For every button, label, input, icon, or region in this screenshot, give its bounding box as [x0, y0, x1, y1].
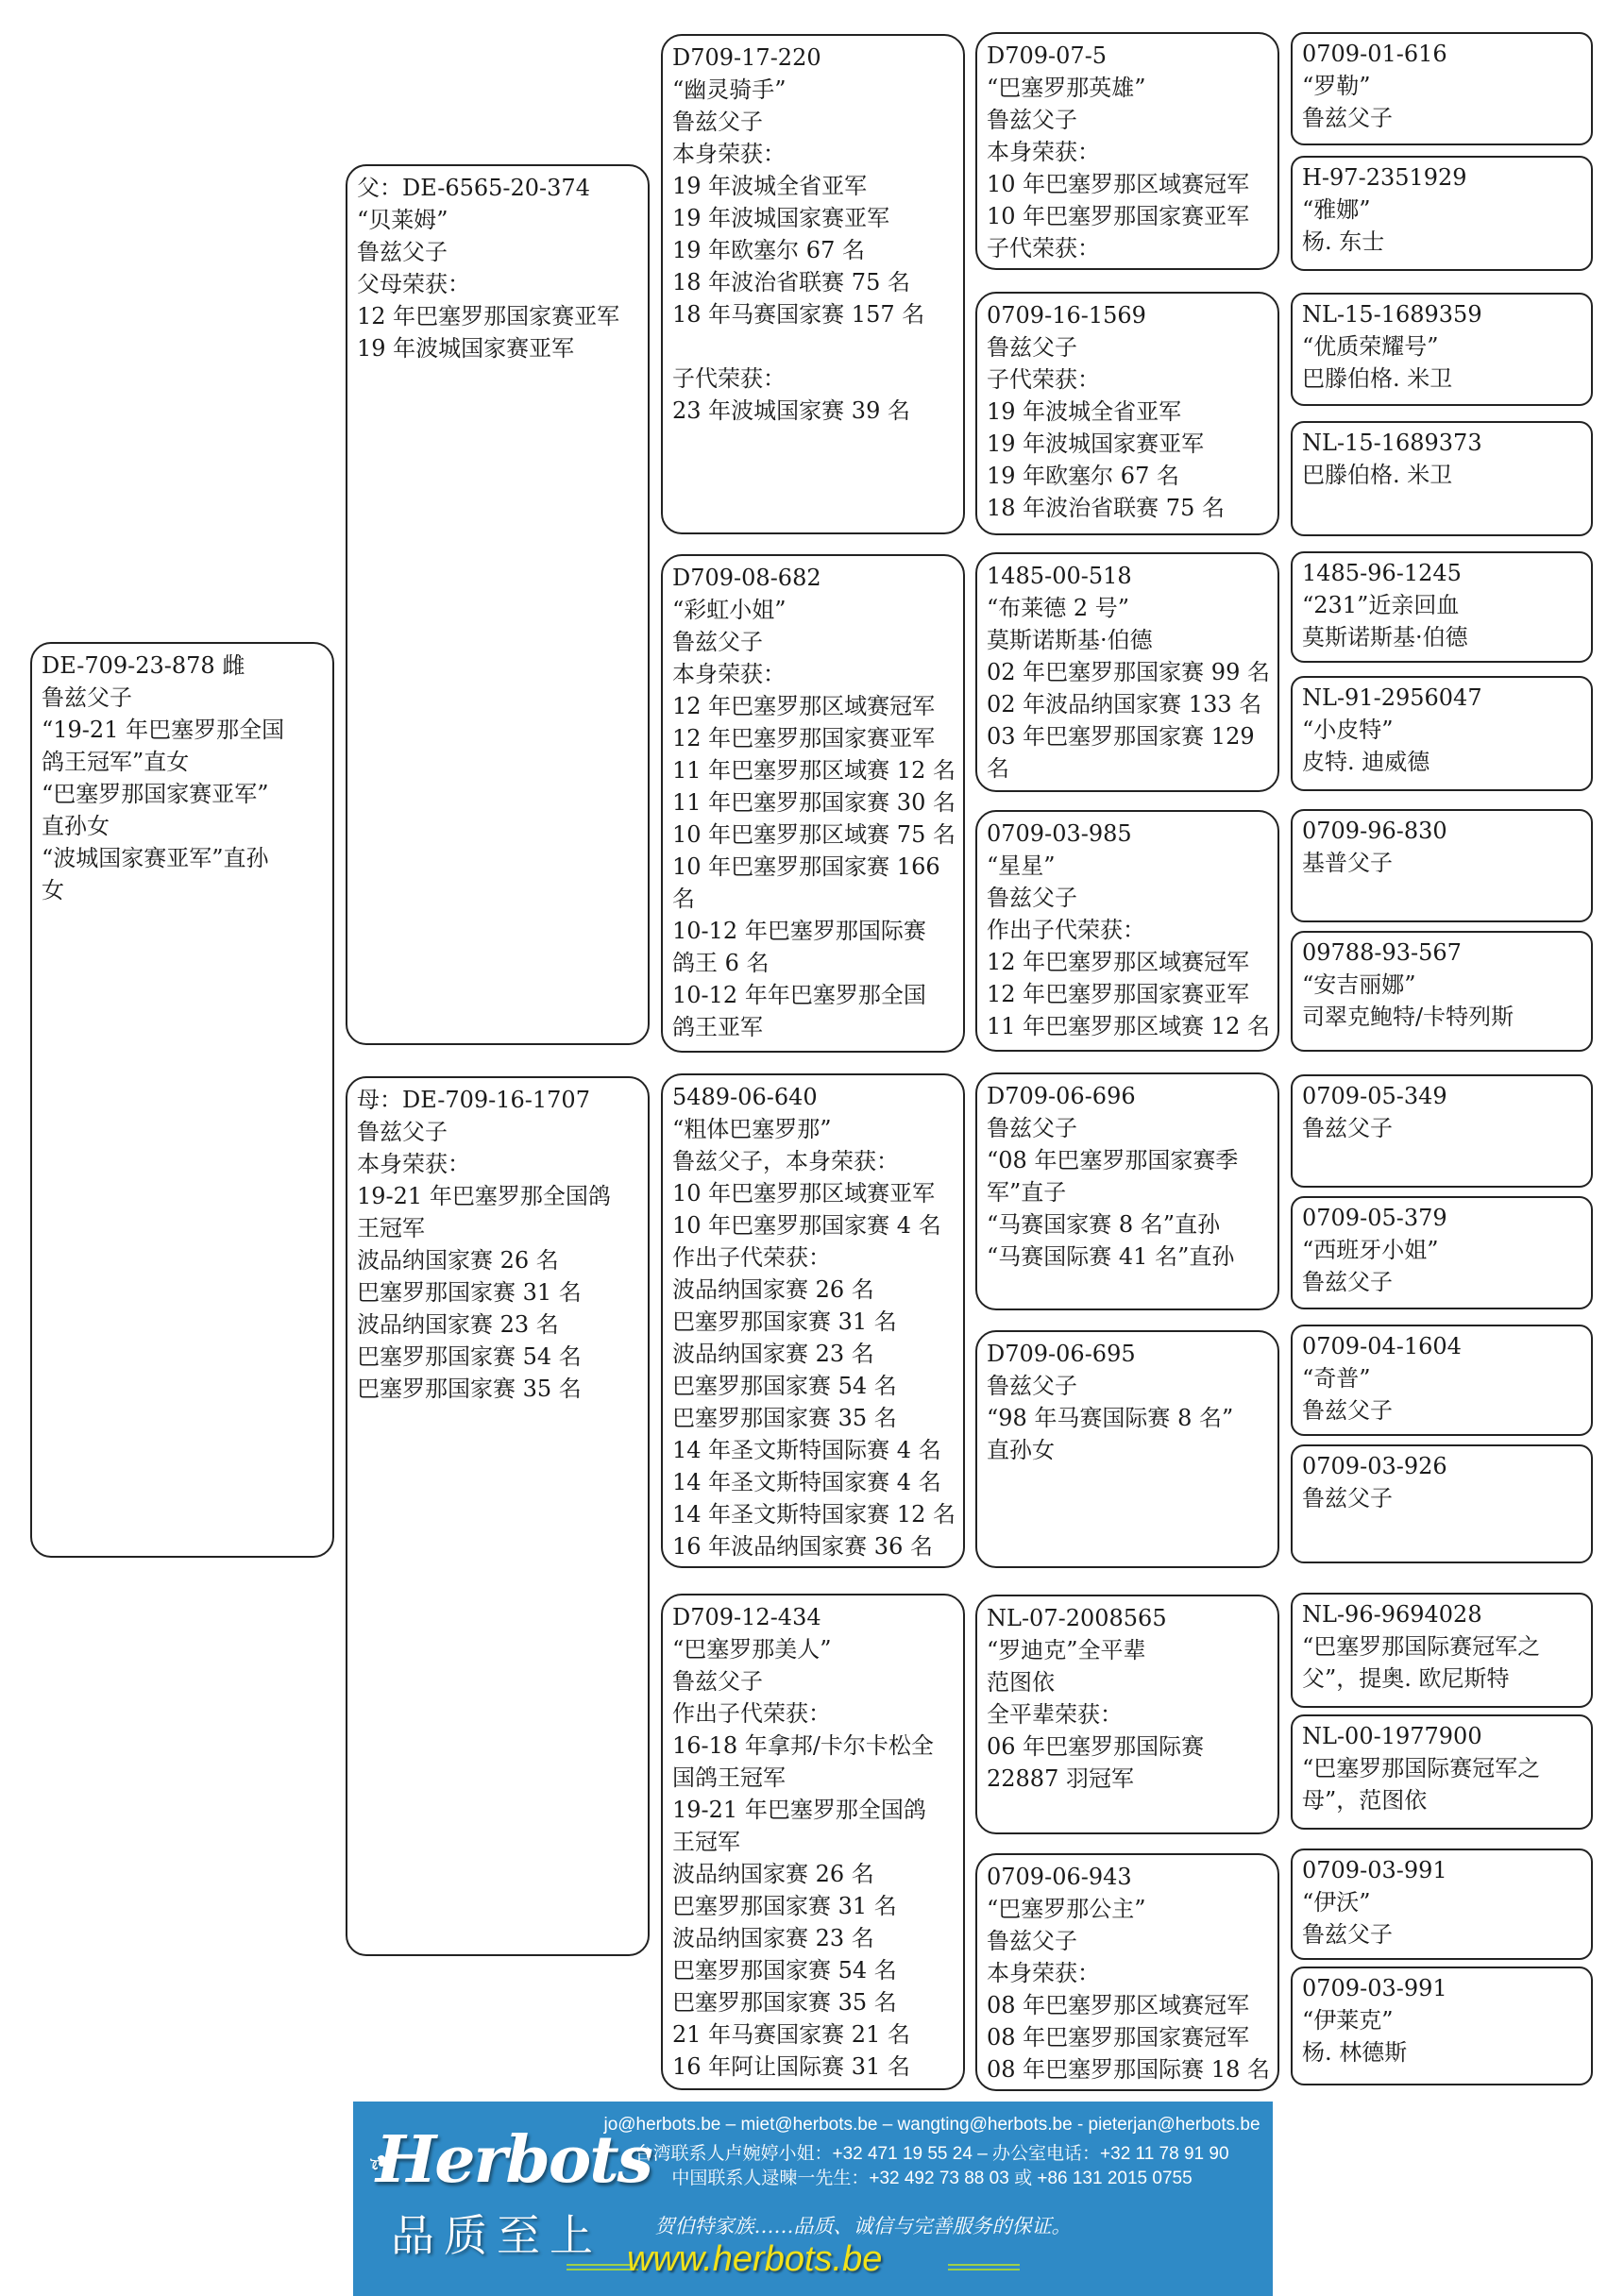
- ring-number: 1485-00-518: [987, 560, 1268, 592]
- card-line: 鸽王亚军: [672, 1011, 954, 1043]
- card-line: 16-18 年拿邦/卡尔卡松全: [672, 1730, 954, 1762]
- card-line: 巴滕伯格. 米卫: [1302, 459, 1582, 491]
- ring-number: 0709-06-943: [987, 1861, 1268, 1893]
- ring-number: NL-91-2956047: [1302, 682, 1582, 714]
- card-line: 王冠军: [357, 1212, 638, 1244]
- card-line: 鲁兹父子: [987, 104, 1268, 136]
- card-line: 10 年巴塞罗那国家赛 4 名: [672, 1209, 954, 1241]
- contact-emails[interactable]: jo@herbots.be – miet@herbots.be – wangti…: [591, 2115, 1273, 2136]
- ring-number: 0709-05-379: [1302, 1202, 1582, 1234]
- card-line: 19 年欧塞尔 67 名: [987, 460, 1268, 492]
- card-line: 19-21 年巴塞罗那全国鸽: [357, 1180, 638, 1212]
- ring-number: 0709-01-616: [1302, 38, 1582, 70]
- card-line: 巴滕伯格. 米卫: [1302, 363, 1582, 395]
- card-line: 母”，范图依: [1302, 1784, 1582, 1816]
- card-line: “伊莱克”: [1302, 2004, 1582, 2036]
- card-line: “马赛国际赛 41 名”直孙: [987, 1241, 1268, 1273]
- ring-number: 0709-05-349: [1302, 1080, 1582, 1112]
- card-line: 18 年波治省联赛 75 名: [987, 492, 1268, 524]
- card-line: 鲁兹父子: [987, 1925, 1268, 1957]
- granddam-paternal-card: D709-08-682“彩虹小姐”鲁兹父子本身荣获：12 年巴塞罗那区域赛冠军1…: [661, 554, 965, 1053]
- card-line: 巴塞罗那国家赛 54 名: [672, 1370, 954, 1402]
- card-line: 巴塞罗那国家赛 54 名: [672, 1954, 954, 1986]
- card-line: “波城国家赛亚军”直孙: [42, 842, 323, 874]
- card-line: “巴塞罗那美人”: [672, 1633, 954, 1665]
- card-line: “西班牙小姐”: [1302, 1234, 1582, 1266]
- card-line: 莫斯诺斯基·伯德: [987, 624, 1268, 656]
- subject-pigeon-card: DE-709-23-878 雌鲁兹父子“19-21 年巴塞罗那全国鸽王冠军”直女…: [30, 642, 334, 1558]
- card-line: 波品纳国家赛 26 名: [672, 1858, 954, 1890]
- card-line: 鲁兹父子: [42, 682, 323, 714]
- ring-number: NL-15-1689359: [1302, 298, 1582, 330]
- card-line: 直孙女: [987, 1434, 1268, 1466]
- ring-number: D709-08-682: [672, 562, 954, 594]
- granddam-maternal-card: D709-12-434“巴塞罗那美人”鲁兹父子作出子代荣获：16-18 年拿邦/…: [661, 1594, 965, 2090]
- card-line: 10 年巴塞罗那国家赛 166: [672, 851, 954, 883]
- card-line: 鲁兹父子: [987, 1370, 1268, 1402]
- card-line: 14 年圣文斯特国家赛 4 名: [672, 1466, 954, 1498]
- card-line: 19 年欧塞尔 67 名: [672, 234, 954, 266]
- card-line: “奇普”: [1302, 1362, 1582, 1394]
- card-line: “粗体巴塞罗那”: [672, 1113, 954, 1145]
- gen5-card-1: 0709-01-616“罗勒”鲁兹父子: [1291, 32, 1593, 145]
- gen5-card-11: 0709-04-1604“奇普”鲁兹父子: [1291, 1325, 1593, 1436]
- card-line: 全平辈荣获：: [987, 1698, 1268, 1730]
- card-line: 08 年巴塞罗那国家赛冠军: [987, 2021, 1268, 2053]
- gen5-card-2: H-97-2351929“雅娜”杨. 东士: [1291, 156, 1593, 271]
- card-line: “罗勒”: [1302, 70, 1582, 102]
- card-line: 18 年波治省联赛 75 名: [672, 266, 954, 298]
- card-line: 19 年波城国家赛亚军: [672, 202, 954, 234]
- card-line: 鲁兹父子: [672, 626, 954, 658]
- ring-number: NL-96-9694028: [1302, 1598, 1582, 1630]
- ring-number: 0709-04-1604: [1302, 1330, 1582, 1362]
- family-motto: 贺伯特家族……品质、诚信与完善服务的保证。: [580, 2211, 1146, 2239]
- gen5-card-12: 0709-03-926鲁兹父子: [1291, 1444, 1593, 1563]
- card-line: “08 年巴塞罗那国家赛季: [987, 1144, 1268, 1176]
- card-line: 鲁兹父子: [672, 106, 954, 138]
- card-line: 12 年巴塞罗那国家赛亚军: [672, 722, 954, 754]
- card-line: 10-12 年巴塞罗那国际赛: [672, 915, 954, 947]
- card-line: 直孙女: [42, 810, 323, 842]
- card-line: 鲁兹父子: [1302, 102, 1582, 134]
- card-line: 10 年巴塞罗那区域赛冠军: [987, 168, 1268, 200]
- card-line: 鲁兹父子: [357, 1116, 638, 1148]
- card-line: “小皮特”: [1302, 714, 1582, 746]
- card-line: 作出子代荣获：: [987, 914, 1268, 946]
- card-line: “19-21 年巴塞罗那全国: [42, 714, 323, 746]
- card-line: 巴塞罗那国家赛 35 名: [672, 1986, 954, 2018]
- card-line: “巴塞罗那国际赛冠军之: [1302, 1752, 1582, 1784]
- ring-number: 0709-96-830: [1302, 815, 1582, 847]
- card-line: 子代荣获：: [987, 363, 1268, 396]
- card-line: 父”，提奥. 欧尼斯特: [1302, 1663, 1582, 1695]
- ring-number: D709-12-434: [672, 1601, 954, 1633]
- card-line: 14 年圣文斯特国际赛 4 名: [672, 1434, 954, 1466]
- card-line: 12 年巴塞罗那国家赛亚军: [357, 300, 638, 332]
- ring-number: 5489-06-640: [672, 1081, 954, 1113]
- gen5-card-16: 0709-03-991“伊莱克”杨. 林德斯: [1291, 1967, 1593, 2085]
- ring-number: H-97-2351929: [1302, 161, 1582, 194]
- card-line: 10 年巴塞罗那国家赛亚军: [987, 200, 1268, 232]
- card-line: 18 年马赛国家赛 157 名: [672, 298, 954, 330]
- gen5-card-14: NL-00-1977900“巴塞罗那国际赛冠军之母”，范图依: [1291, 1714, 1593, 1830]
- card-line: “98 年马赛国际赛 8 名”: [987, 1402, 1268, 1434]
- gen5-card-13: NL-96-9694028“巴塞罗那国际赛冠军之父”，提奥. 欧尼斯特: [1291, 1593, 1593, 1708]
- card-line: 11 年巴塞罗那国家赛 30 名: [672, 786, 954, 819]
- card-line: 国鸽王冠军: [672, 1762, 954, 1794]
- decorative-line-right: [948, 2264, 1020, 2271]
- card-line: 本身荣获：: [672, 138, 954, 170]
- card-line: 巴塞罗那国家赛 31 名: [672, 1306, 954, 1338]
- gen5-card-3: NL-15-1689359“优质荣耀号”巴滕伯格. 米卫: [1291, 293, 1593, 406]
- card-line: “伊沃”: [1302, 1886, 1582, 1918]
- card-line: 名: [672, 883, 954, 915]
- gen4-card-7: NL-07-2008565“罗迪克”全平辈范图依全平辈荣获：06 年巴塞罗那国际…: [975, 1595, 1279, 1834]
- card-line: 21 年马赛国家赛 21 名: [672, 2018, 954, 2051]
- card-line: 杨. 林德斯: [1302, 2036, 1582, 2068]
- card-line: 鲁兹父子: [987, 331, 1268, 363]
- card-line: 子代荣获：: [987, 232, 1268, 264]
- ring-number: 0709-03-985: [987, 818, 1268, 850]
- card-line: “幽灵骑手”: [672, 74, 954, 106]
- card-line: “布莱德 2 号”: [987, 592, 1268, 624]
- gen5-card-15: 0709-03-991“伊沃”鲁兹父子: [1291, 1849, 1593, 1960]
- card-line: 鲁兹父子: [987, 882, 1268, 914]
- card-line: 波品纳国家赛 26 名: [357, 1244, 638, 1276]
- grandsire-paternal-card: D709-17-220“幽灵骑手”鲁兹父子本身荣获：19 年波城全省亚军19 年…: [661, 34, 965, 534]
- card-line: 范图依: [987, 1666, 1268, 1698]
- gen4-card-2: 0709-16-1569鲁兹父子子代荣获：19 年波城全省亚军19 年波城国家赛…: [975, 292, 1279, 535]
- gen5-card-6: NL-91-2956047“小皮特”皮特. 迪威德: [1291, 676, 1593, 791]
- gen4-card-4: 0709-03-985“星星”鲁兹父子作出子代荣获：12 年巴塞罗那区域赛冠军1…: [975, 810, 1279, 1052]
- gen5-card-5: 1485-96-1245“231”近亲回血莫斯诺斯基·伯德: [1291, 551, 1593, 663]
- ring-number: D709-06-695: [987, 1338, 1268, 1370]
- card-line: “雅娜”: [1302, 194, 1582, 226]
- ring-number: 母：DE-709-16-1707: [357, 1084, 638, 1116]
- brand-slogan: 品质至上: [391, 2202, 602, 2264]
- taiwan-contact: 台湾联系人卢婉婷小姐：+32 471 19 55 24 – 办公室电话：+32 …: [591, 2139, 1273, 2165]
- dam-card: 母：DE-709-16-1707鲁兹父子本身荣获：19-21 年巴塞罗那全国鸽王…: [346, 1076, 650, 1956]
- ring-number: NL-15-1689373: [1302, 427, 1582, 459]
- gen4-card-3: 1485-00-518“布莱德 2 号”莫斯诺斯基·伯德02 年巴塞罗那国家赛 …: [975, 552, 1279, 792]
- card-line: 波品纳国家赛 26 名: [672, 1274, 954, 1306]
- card-line: 鲁兹父子: [672, 1665, 954, 1697]
- card-line: 本身荣获：: [357, 1148, 638, 1180]
- card-line: “231”近亲回血: [1302, 589, 1582, 621]
- ring-number: NL-07-2008565: [987, 1602, 1268, 1634]
- card-line: 鲁兹父子: [1302, 1918, 1582, 1950]
- ring-number: NL-00-1977900: [1302, 1720, 1582, 1752]
- herbots-footer-banner: ❧ Herbots 品质至上 jo@herbots.be – miet@herb…: [353, 2102, 1273, 2296]
- card-line: 波品纳国家赛 23 名: [357, 1308, 638, 1341]
- card-line: 10-12 年年巴塞罗那全国: [672, 979, 954, 1011]
- card-line: 巴塞罗那国家赛 31 名: [672, 1890, 954, 1922]
- card-line: 名: [987, 752, 1268, 785]
- card-line: 16 年阿让国际赛 31 名: [672, 2051, 954, 2083]
- ring-number: 0709-03-991: [1302, 1854, 1582, 1886]
- ring-number: 0709-16-1569: [987, 299, 1268, 331]
- ring-number: D709-07-5: [987, 40, 1268, 72]
- card-line: 鲁兹父子: [1302, 1394, 1582, 1427]
- card-line: 司翠克鲍特/卡特列斯: [1302, 1001, 1582, 1033]
- ring-number: D709-06-696: [987, 1080, 1268, 1112]
- china-contact: 中国联系人逯暕一先生：+32 492 73 88 03 或 +86 131 20…: [591, 2164, 1273, 2189]
- card-line: 10 年巴塞罗那区域赛 75 名: [672, 819, 954, 851]
- card-line: 巴塞罗那国家赛 35 名: [357, 1373, 638, 1405]
- card-line: 16 年波品纳国家赛 36 名: [672, 1530, 954, 1562]
- card-line: 14 年圣文斯特国家赛 12 名: [672, 1498, 954, 1530]
- card-line: 鲁兹父子，本身荣获：: [672, 1145, 954, 1177]
- card-line: 波品纳国家赛 23 名: [672, 1922, 954, 1954]
- card-line: 08 年巴塞罗那区域赛冠军: [987, 1989, 1268, 2021]
- card-line: “巴塞罗那英雄”: [987, 72, 1268, 104]
- card-line: 子代荣获：: [672, 363, 954, 395]
- gen4-card-6: D709-06-695鲁兹父子“98 年马赛国际赛 8 名”直孙女: [975, 1330, 1279, 1568]
- card-line: 波品纳国家赛 23 名: [672, 1338, 954, 1370]
- card-line: 鲁兹父子: [1302, 1112, 1582, 1144]
- card-line: 鸽王 6 名: [672, 947, 954, 979]
- card-line: 19 年波城国家赛亚军: [357, 332, 638, 364]
- card-line: 12 年巴塞罗那国家赛亚军: [987, 978, 1268, 1010]
- card-line: 基普父子: [1302, 847, 1582, 879]
- ring-number: 0709-03-926: [1302, 1450, 1582, 1482]
- ring-number: 09788-93-567: [1302, 937, 1582, 969]
- card-line: 06 年巴塞罗那国际赛: [987, 1730, 1268, 1763]
- card-line: 巴塞罗那国家赛 31 名: [357, 1276, 638, 1308]
- card-line: 巴塞罗那国家赛 35 名: [672, 1402, 954, 1434]
- card-line: “巴塞罗那国家赛亚军”: [42, 778, 323, 810]
- card-line: 鸽王冠军”直女: [42, 746, 323, 778]
- card-line: 女: [42, 874, 323, 906]
- card-line: 12 年巴塞罗那区域赛冠军: [672, 690, 954, 722]
- gen4-card-5: D709-06-696鲁兹父子“08 年巴塞罗那国家赛季军”直子“马赛国家赛 8…: [975, 1072, 1279, 1310]
- card-line: “巴塞罗那公主”: [987, 1893, 1268, 1925]
- sire-card: 父：DE-6565-20-374“贝莱姆”鲁兹父子父母荣获：12 年巴塞罗那国家…: [346, 164, 650, 1045]
- gen5-card-8: 09788-93-567“安吉丽娜”司翠克鲍特/卡特列斯: [1291, 931, 1593, 1052]
- card-line: “星星”: [987, 850, 1268, 882]
- card-line: 22887 羽冠军: [987, 1763, 1268, 1795]
- card-line: 03 年巴塞罗那国家赛 129: [987, 720, 1268, 752]
- card-line: 杨. 东士: [1302, 226, 1582, 258]
- card-line: 莫斯诺斯基·伯德: [1302, 621, 1582, 653]
- card-line: 鲁兹父子: [1302, 1266, 1582, 1298]
- card-line: “巴塞罗那国际赛冠军之: [1302, 1630, 1582, 1663]
- card-line: 父母荣获：: [357, 268, 638, 300]
- card-line: 巴塞罗那国家赛 54 名: [357, 1341, 638, 1373]
- card-line: 02 年巴塞罗那国家赛 99 名: [987, 656, 1268, 688]
- card-line: 鲁兹父子: [357, 236, 638, 268]
- gen5-card-9: 0709-05-349鲁兹父子: [1291, 1074, 1593, 1188]
- grandsire-maternal-card: 5489-06-640“粗体巴塞罗那”鲁兹父子，本身荣获：10 年巴塞罗那区域赛…: [661, 1073, 965, 1568]
- card-line: 23 年波城国家赛 39 名: [672, 395, 954, 427]
- website-link[interactable]: www.herbots.be: [627, 2239, 882, 2280]
- card-line: 军”直子: [987, 1176, 1268, 1208]
- card-line: 19 年波城国家赛亚军: [987, 428, 1268, 460]
- ring-number: 1485-96-1245: [1302, 557, 1582, 589]
- card-line: 鲁兹父子: [1302, 1482, 1582, 1514]
- gen5-card-10: 0709-05-379“西班牙小姐”鲁兹父子: [1291, 1196, 1593, 1309]
- gen4-card-1: D709-07-5“巴塞罗那英雄”鲁兹父子本身荣获：10 年巴塞罗那区域赛冠军1…: [975, 32, 1279, 270]
- card-line: “马赛国家赛 8 名”直孙: [987, 1208, 1268, 1241]
- card-line: 王冠军: [672, 1826, 954, 1858]
- card-line: 本身荣获：: [987, 1957, 1268, 1989]
- card-line: 11 年巴塞罗那区域赛 12 名: [987, 1010, 1268, 1042]
- card-line: 02 年波品纳国家赛 133 名: [987, 688, 1268, 720]
- card-line: “贝莱姆”: [357, 204, 638, 236]
- card-line: 19 年波城全省亚军: [987, 396, 1268, 428]
- gen5-card-4: NL-15-1689373巴滕伯格. 米卫: [1291, 421, 1593, 536]
- card-line: “罗迪克”全平辈: [987, 1634, 1268, 1666]
- card-line: 本身荣获：: [987, 136, 1268, 168]
- card-line: [672, 330, 954, 363]
- card-line: 11 年巴塞罗那区域赛 12 名: [672, 754, 954, 786]
- ring-number: DE-709-23-878 雌: [42, 650, 323, 682]
- card-line: “彩虹小姐”: [672, 594, 954, 626]
- card-line: 作出子代荣获：: [672, 1697, 954, 1730]
- card-line: 本身荣获：: [672, 658, 954, 690]
- ring-number: D709-17-220: [672, 42, 954, 74]
- card-line: 鲁兹父子: [987, 1112, 1268, 1144]
- card-line: 08 年巴塞罗那国际赛 18 名: [987, 2053, 1268, 2085]
- ring-number: 0709-03-991: [1302, 1972, 1582, 2004]
- gen4-card-8: 0709-06-943“巴塞罗那公主”鲁兹父子本身荣获：08 年巴塞罗那区域赛冠…: [975, 1853, 1279, 2091]
- ring-number: 父：DE-6565-20-374: [357, 172, 638, 204]
- card-line: “优质荣耀号”: [1302, 330, 1582, 363]
- card-line: 19-21 年巴塞罗那全国鸽: [672, 1794, 954, 1826]
- card-line: 作出子代荣获：: [672, 1241, 954, 1274]
- card-line: “安吉丽娜”: [1302, 969, 1582, 1001]
- card-line: 19 年波城全省亚军: [672, 170, 954, 202]
- gen5-card-7: 0709-96-830基普父子: [1291, 809, 1593, 922]
- card-line: 12 年巴塞罗那区域赛冠军: [987, 946, 1268, 978]
- card-line: 10 年巴塞罗那区域赛亚军: [672, 1177, 954, 1209]
- card-line: 皮特. 迪威德: [1302, 746, 1582, 778]
